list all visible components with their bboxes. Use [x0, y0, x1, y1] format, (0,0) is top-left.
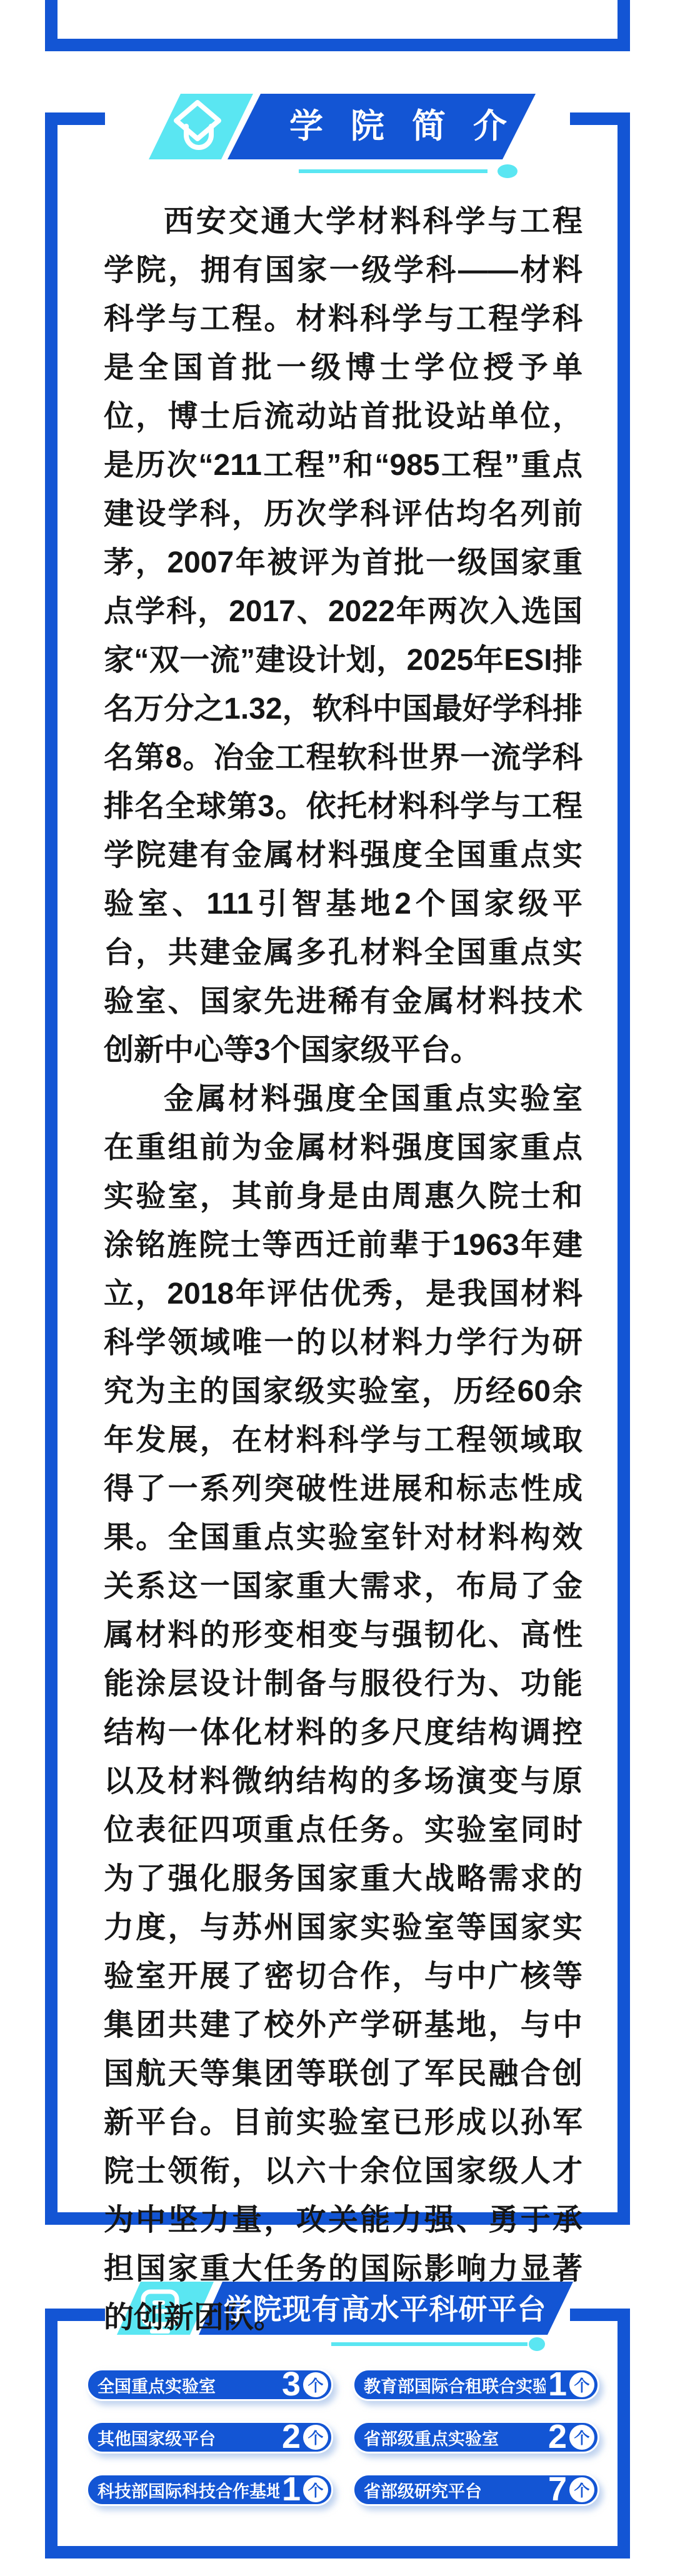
stat-count: 1	[282, 2472, 301, 2506]
stat-unit-badge: 个	[303, 2477, 328, 2502]
card1-right-border	[617, 112, 630, 2225]
header2-underline	[331, 2342, 527, 2346]
stat-pill: 省部级重点实验室 2 个	[352, 2421, 599, 2454]
card2-top-left-bracket	[45, 2309, 105, 2321]
frame-bottom-bar	[45, 39, 630, 51]
stat-count: 1	[548, 2367, 567, 2401]
intro-text-block: 西安交通大学材料科学与工程学院，拥有国家一级学科——材料科学与工程。材料科学与工…	[104, 197, 582, 2342]
card1-left-border	[45, 112, 57, 2225]
intro-paragraph-2: 金属材料强度全国重点实验室在重组前为金属材料强度国家重点实验室，其前身是由周惠久…	[104, 1075, 582, 2342]
stat-count: 2	[282, 2420, 301, 2454]
stat-unit-badge: 个	[569, 2425, 594, 2450]
stat-label: 教育部国际合租联合实验室	[364, 2373, 546, 2397]
stat-pill: 其他国家级平台 2 个	[86, 2421, 333, 2454]
graduation-cap-icon	[176, 102, 219, 147]
stat-label: 其他国家级平台	[97, 2425, 279, 2450]
poster-page: 学院简介 西安交通大学材料科学与工程学院，拥有国家一级学科——材料科学与工程。材…	[0, 0, 675, 2576]
previous-card-frame	[45, 0, 630, 51]
intro-section-title: 学院简介	[261, 107, 536, 146]
stat-label: 省部级重点实验室	[364, 2425, 546, 2450]
stat-label: 省部级研究平台	[364, 2478, 546, 2502]
header-cyan-parallelogram	[149, 94, 253, 159]
stat-pill: 省部级研究平台 7 个	[352, 2474, 599, 2506]
stat-unit-badge: 个	[569, 2372, 594, 2397]
stat-label: 科技部国际科技合作基地	[97, 2478, 279, 2502]
stat-unit-badge: 个	[303, 2372, 328, 2397]
stats-grid: 全国重点实验室 3 个 教育部国际合租联合实验室 1 个 其他国家级平台 2 个…	[86, 2369, 599, 2506]
card1-top-left-bracket	[45, 112, 105, 125]
intro-paragraph-1: 西安交通大学材料科学与工程学院，拥有国家一级学科——材料科学与工程。材料科学与工…	[104, 197, 582, 1075]
stat-label: 全国重点实验室	[97, 2373, 279, 2397]
stat-pill: 全国重点实验室 3 个	[86, 2369, 333, 2401]
card2-bottom-border	[45, 2546, 630, 2559]
stat-pill: 科技部国际科技合作基地 1 个	[86, 2474, 333, 2506]
frame-right-bar	[617, 0, 630, 51]
stat-count: 3	[282, 2367, 301, 2401]
card1-top-right-bracket	[570, 112, 630, 125]
stat-unit-badge: 个	[569, 2477, 594, 2502]
header-underline	[299, 169, 487, 173]
card2-left-border	[45, 2309, 57, 2559]
stat-unit-badge: 个	[303, 2425, 328, 2450]
stat-pill: 教育部国际合租联合实验室 1 个	[352, 2369, 599, 2401]
platform-section-title: 学院现有高水平科研平台	[222, 2293, 547, 2326]
header-underline-dot	[497, 164, 517, 178]
frame-left-bar	[45, 0, 57, 51]
stat-count: 7	[548, 2472, 567, 2506]
stat-count: 2	[548, 2420, 567, 2454]
card2-right-border	[617, 2309, 630, 2559]
